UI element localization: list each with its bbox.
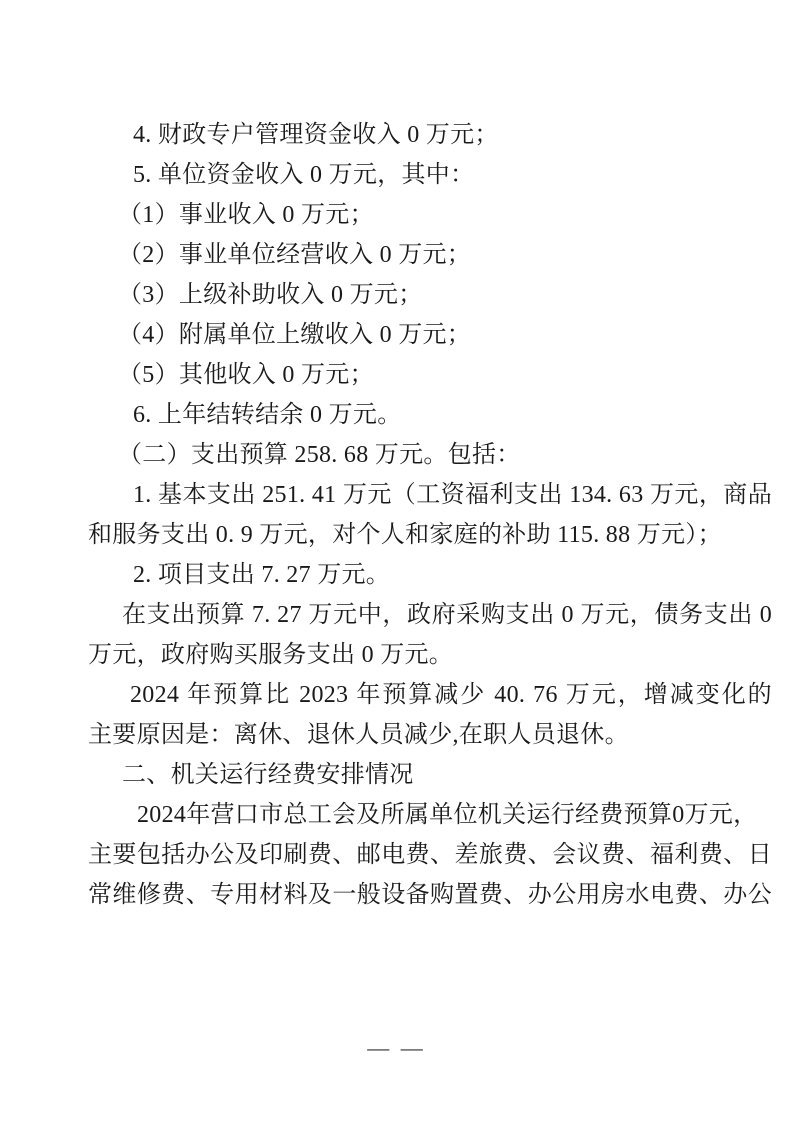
text-line: （2）事业单位经营收入 0 万元； bbox=[88, 235, 772, 275]
text-line: （3）上级补助收入 0 万元； bbox=[88, 275, 772, 315]
text-line: 主要包括办公及印刷费、邮电费、差旅费、会议费、福利费、日 bbox=[88, 835, 772, 875]
text-line: 2024年营口市总工会及所属单位机关运行经费预算0万元， bbox=[88, 795, 772, 835]
text-line: 4. 财政专户管理资金收入 0 万元； bbox=[88, 115, 772, 155]
text-line: （5）其他收入 0 万元； bbox=[88, 355, 772, 395]
text-line: 在支出预算 7. 27 万元中，政府采购支出 0 万元，债务支出 0 bbox=[88, 595, 772, 635]
text-line: （二）支出预算 258. 68 万元。包括： bbox=[88, 435, 772, 475]
page-footer: — — bbox=[0, 1036, 793, 1060]
text-line: 2. 项目支出 7. 27 万元。 bbox=[88, 555, 772, 595]
text-line: 1. 基本支出 251. 41 万元（工资福利支出 134. 63 万元，商品 bbox=[88, 475, 772, 515]
text-line: （1）事业收入 0 万元； bbox=[88, 195, 772, 235]
text-line: 6. 上年结转结余 0 万元。 bbox=[88, 395, 772, 435]
text-line: 二、机关运行经费安排情况 bbox=[88, 755, 772, 795]
text-line: 常维修费、专用材料及一般设备购置费、办公用房水电费、办公 bbox=[88, 875, 772, 915]
text-line: 万元，政府购买服务支出 0 万元。 bbox=[88, 635, 772, 675]
document-page: 4. 财政专户管理资金收入 0 万元； 5. 单位资金收入 0 万元，其中： （… bbox=[0, 0, 793, 1121]
text-line: 5. 单位资金收入 0 万元，其中： bbox=[88, 155, 772, 195]
text-line: 2024 年预算比 2023 年预算减少 40. 76 万元，增减变化的 bbox=[88, 675, 772, 715]
text-line: （4）附属单位上缴收入 0 万元； bbox=[88, 315, 772, 355]
document-body: 4. 财政专户管理资金收入 0 万元； 5. 单位资金收入 0 万元，其中： （… bbox=[88, 115, 772, 915]
text-line: 主要原因是：离休、退休人员减少,在职人员退休。 bbox=[88, 715, 772, 755]
text-line: 和服务支出 0. 9 万元，对个人和家庭的补助 115. 88 万元）； bbox=[88, 515, 772, 555]
page-number-dashes: — — bbox=[367, 1035, 426, 1060]
